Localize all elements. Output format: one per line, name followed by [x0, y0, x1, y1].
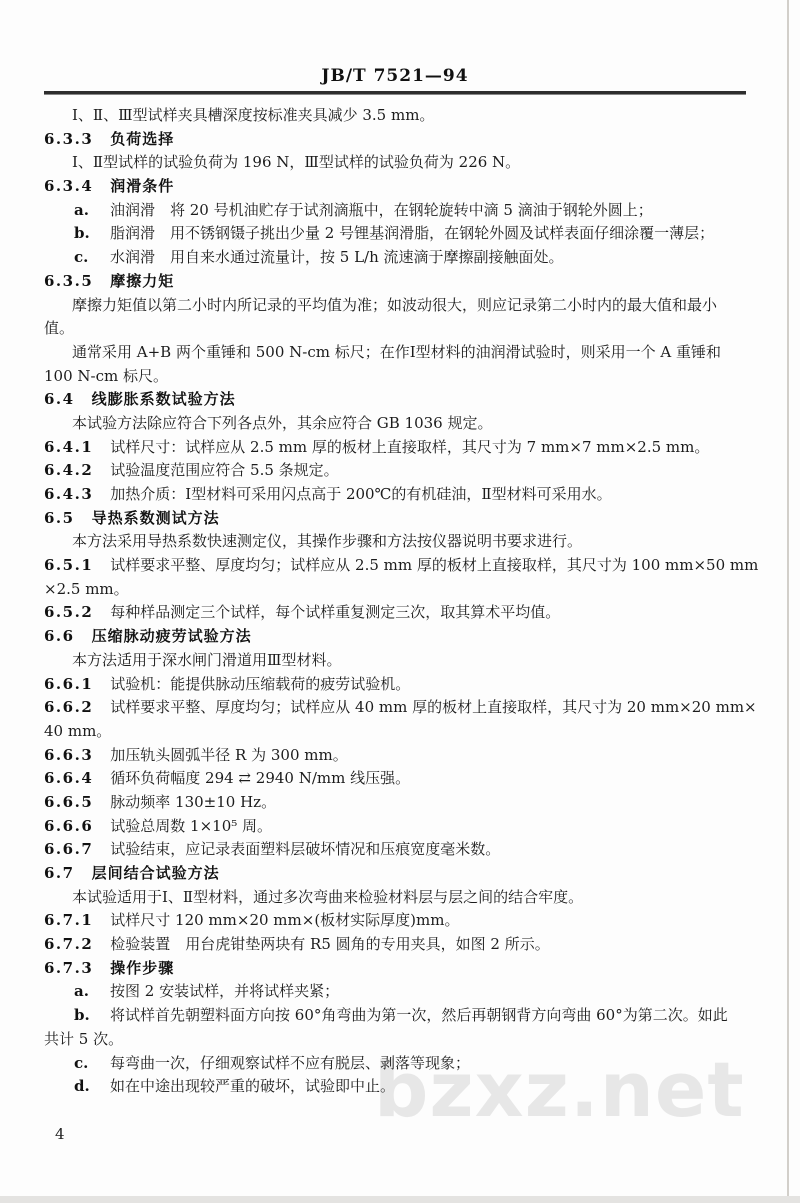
clause-number: 6.3.4 — [44, 177, 93, 195]
doc-line-para: 摩擦力矩值以第二小时内所记录的平均值为准；如波动很大，则应记录第二小时内的最大值… — [44, 294, 764, 318]
clause-number: 6.7.1 — [44, 911, 93, 929]
line-text: 按图 2 安装试样，并将试样夹紧； — [110, 982, 339, 1000]
doc-line-para: 本方法采用导热系数快速测定仪，其操作步骤和方法按仪器说明书要求进行。 — [44, 530, 764, 554]
doc-line-section: 6.3.3负荷选择 — [44, 128, 764, 152]
clause-number: 6.7.3 — [44, 959, 93, 977]
doc-line-cont: 100 N-cm 标尺。 — [44, 365, 764, 389]
line-text: 本方法适用于深水闸门滑道用Ⅲ型材料。 — [72, 651, 341, 669]
doc-line-section: 6.7.3操作步骤 — [44, 957, 764, 981]
line-text: Ⅰ、Ⅱ型试样的试验负荷为 196 N，Ⅲ型试样的试验负荷为 226 N。 — [72, 153, 520, 171]
line-text: 操作步骤 — [110, 959, 174, 977]
doc-line-bodynum: 6.6.5脉动频率 130±10 Hz。 — [44, 791, 764, 815]
doc-line-para: Ⅰ、Ⅱ、Ⅲ型试样夹具槽深度按标准夹具减少 3.5 mm。 — [44, 104, 764, 128]
doc-line-bodynum: 6.4.3加热介质：Ⅰ型材料可采用闪点高于 200℃的有机硅油，Ⅱ型材料可采用水… — [44, 483, 764, 507]
doc-line-para: 本试验适用于Ⅰ、Ⅱ型材料，通过多次弯曲来检验材料层与层之间的结合牢度。 — [44, 886, 764, 910]
clause-number: 6.4.2 — [44, 461, 93, 479]
line-text: 循环负荷幅度 294 ⇄ 2940 N/mm 线压强。 — [110, 769, 410, 787]
doc-line-bodynum: 6.6.3加压轨头圆弧半径 R 为 300 mm。 — [44, 744, 764, 768]
line-text: 层间结合试验方法 — [92, 864, 220, 882]
page-edge-line — [787, 0, 789, 1197]
list-item-label: c. — [74, 1052, 110, 1076]
line-text: 脉动频率 130±10 Hz。 — [110, 793, 276, 811]
clause-number: 6.5.1 — [44, 556, 93, 574]
doc-line-bodynum: 6.6.1试验机：能提供脉动压缩载荷的疲劳试验机。 — [44, 673, 764, 697]
line-text: 100 N-cm 标尺。 — [44, 367, 168, 385]
line-text: 试样要求平整、厚度均匀；试样应从 2.5 mm 厚的板材上直接取样，其尺寸为 1… — [110, 556, 758, 574]
list-item-label: b. — [74, 1004, 110, 1028]
list-item-label: d. — [74, 1075, 110, 1099]
doc-line-para: Ⅰ、Ⅱ型试样的试验负荷为 196 N，Ⅲ型试样的试验负荷为 226 N。 — [44, 151, 764, 175]
standard-number: JB/T 7521—94 — [44, 66, 746, 86]
line-text: 值。 — [44, 319, 74, 337]
line-text: 本方法采用导热系数快速测定仪，其操作步骤和方法按仪器说明书要求进行。 — [72, 532, 582, 550]
clause-number: 6.6.2 — [44, 698, 93, 716]
scanned-page: bzxz.net JB/T 7521—94 Ⅰ、Ⅱ、Ⅲ型试样夹具槽深度按标准夹具… — [0, 0, 800, 1203]
line-text: 将试样首先朝塑料面方向按 60°角弯曲为第一次，然后再朝钢背方向弯曲 60°为第… — [110, 1006, 728, 1024]
line-text: 加压轨头圆弧半径 R 为 300 mm。 — [110, 746, 347, 764]
doc-line-section: 6.7层间结合试验方法 — [44, 862, 764, 886]
line-text: 检验装置 用台虎钳垫两块有 R5 圆角的专用夹具，如图 2 所示。 — [110, 935, 549, 953]
line-text: 试验温度范围应符合 5.5 条规定。 — [110, 461, 338, 479]
line-text: 本试验适用于Ⅰ、Ⅱ型材料，通过多次弯曲来检验材料层与层之间的结合牢度。 — [72, 888, 583, 906]
list-item-label: c. — [74, 246, 110, 270]
doc-line-item: b.将试样首先朝塑料面方向按 60°角弯曲为第一次，然后再朝钢背方向弯曲 60°… — [44, 1004, 764, 1028]
doc-line-bodynum: 6.7.2检验装置 用台虎钳垫两块有 R5 圆角的专用夹具，如图 2 所示。 — [44, 933, 764, 957]
list-item-label: a. — [74, 980, 110, 1004]
doc-line-section: 6.4线膨胀系数试验方法 — [44, 388, 764, 412]
doc-line-bodynum: 6.4.2试验温度范围应符合 5.5 条规定。 — [44, 459, 764, 483]
doc-line-cont: ×2.5 mm。 — [44, 578, 764, 602]
clause-number: 6.4.3 — [44, 485, 93, 503]
line-text: 试样要求平整、厚度均匀；试样应从 40 mm 厚的板材上直接取样，其尺寸为 20… — [110, 698, 756, 716]
clause-number: 6.6.6 — [44, 817, 93, 835]
clause-number: 6.5 — [44, 509, 75, 527]
clause-number: 6.7.2 — [44, 935, 93, 953]
clause-number: 6.6.3 — [44, 746, 93, 764]
doc-line-item: c.每弯曲一次，仔细观察试样不应有脱层、剥落等现象； — [44, 1052, 764, 1076]
line-text: 试样尺寸：试样应从 2.5 mm 厚的板材上直接取样，其尺寸为 7 mm×7 m… — [110, 438, 709, 456]
line-text: 油润滑 将 20 号机油贮存于试剂滴瓶中，在钢轮旋转中滴 5 滴油于钢轮外圆上； — [110, 201, 653, 219]
line-text: 共计 5 次。 — [44, 1030, 123, 1048]
line-text: 试验总周数 1×10⁵ 周。 — [110, 817, 272, 835]
list-item-label: a. — [74, 199, 110, 223]
line-text: ×2.5 mm。 — [44, 580, 129, 598]
doc-line-para: 本试验方法除应符合下列各点外，其余应符合 GB 1036 规定。 — [44, 412, 764, 436]
doc-line-item: d.如在中途出现较严重的破坏，试验即中止。 — [44, 1075, 764, 1099]
clause-number: 6.6.4 — [44, 769, 93, 787]
clause-number: 6.3.3 — [44, 130, 93, 148]
clause-number: 6.6 — [44, 627, 75, 645]
doc-line-item: a.油润滑 将 20 号机油贮存于试剂滴瓶中，在钢轮旋转中滴 5 滴油于钢轮外圆… — [44, 199, 764, 223]
doc-line-bodynum: 6.4.1试样尺寸：试样应从 2.5 mm 厚的板材上直接取样，其尺寸为 7 m… — [44, 436, 764, 460]
doc-line-para: 本方法适用于深水闸门滑道用Ⅲ型材料。 — [44, 649, 764, 673]
doc-line-cont: 值。 — [44, 317, 764, 341]
line-text: 水润滑 用自来水通过流量计，按 5 L/h 流速滴于摩擦副接触面处。 — [110, 248, 564, 266]
doc-line-section: 6.6压缩脉动疲劳试验方法 — [44, 625, 764, 649]
clause-number: 6.6.5 — [44, 793, 93, 811]
clause-number: 6.6.7 — [44, 840, 93, 858]
line-text: 导热系数测试方法 — [92, 509, 220, 527]
doc-line-cont: 共计 5 次。 — [44, 1028, 764, 1052]
line-text: 40 mm。 — [44, 722, 111, 740]
doc-line-para: 通常采用 A+B 两个重锤和 500 N-cm 标尺；在作Ⅰ型材料的油润滑试验时… — [44, 341, 764, 365]
line-text: 如在中途出现较严重的破坏，试验即中止。 — [110, 1077, 395, 1095]
line-text: Ⅰ、Ⅱ、Ⅲ型试样夹具槽深度按标准夹具减少 3.5 mm。 — [72, 106, 434, 124]
doc-line-bodynum: 6.6.4循环负荷幅度 294 ⇄ 2940 N/mm 线压强。 — [44, 767, 764, 791]
line-text: 线膨胀系数试验方法 — [92, 390, 236, 408]
doc-line-section: 6.3.5摩擦力矩 — [44, 270, 764, 294]
clause-number: 6.4.1 — [44, 438, 93, 456]
doc-line-section: 6.3.4润滑条件 — [44, 175, 764, 199]
scan-bottom-edge — [0, 1196, 800, 1203]
line-text: 摩擦力矩值以第二小时内所记录的平均值为准；如波动很大，则应记录第二小时内的最大值… — [72, 296, 717, 314]
clause-number: 6.6.1 — [44, 675, 93, 693]
doc-line-cont: 40 mm。 — [44, 720, 764, 744]
line-text: 摩擦力矩 — [110, 272, 174, 290]
page-number: 4 — [55, 1125, 65, 1143]
doc-line-item: c.水润滑 用自来水通过流量计，按 5 L/h 流速滴于摩擦副接触面处。 — [44, 246, 764, 270]
clause-number: 6.4 — [44, 390, 75, 408]
line-text: 加热介质：Ⅰ型材料可采用闪点高于 200℃的有机硅油，Ⅱ型材料可采用水。 — [110, 485, 611, 503]
document-body: Ⅰ、Ⅱ、Ⅲ型试样夹具槽深度按标准夹具减少 3.5 mm。6.3.3负荷选择Ⅰ、Ⅱ… — [44, 104, 764, 1099]
doc-line-section: 6.5导热系数测试方法 — [44, 507, 764, 531]
clause-number: 6.3.5 — [44, 272, 93, 290]
line-text: 润滑条件 — [110, 177, 174, 195]
clause-number: 6.5.2 — [44, 603, 93, 621]
header-rule — [44, 91, 746, 95]
doc-line-bodynum: 6.6.7试验结束，应记录表面塑料层破坏情况和压痕宽度毫米数。 — [44, 838, 764, 862]
doc-line-bodynum: 6.5.2每种样品测定三个试样，每个试样重复测定三次，取其算术平均值。 — [44, 601, 764, 625]
line-text: 压缩脉动疲劳试验方法 — [92, 627, 252, 645]
line-text: 试样尺寸 120 mm×20 mm×(板材实际厚度)mm。 — [110, 911, 459, 929]
doc-line-item: b.脂润滑 用不锈钢镊子挑出少量 2 号锂基润滑脂，在钢轮外圆及试样表面仔细涂覆… — [44, 222, 764, 246]
doc-line-bodynum: 6.6.2试样要求平整、厚度均匀；试样应从 40 mm 厚的板材上直接取样，其尺… — [44, 696, 764, 720]
doc-line-bodynum: 6.7.1试样尺寸 120 mm×20 mm×(板材实际厚度)mm。 — [44, 909, 764, 933]
line-text: 试验结束，应记录表面塑料层破坏情况和压痕宽度毫米数。 — [110, 840, 500, 858]
line-text: 试验机：能提供脉动压缩载荷的疲劳试验机。 — [110, 675, 410, 693]
line-text: 每弯曲一次，仔细观察试样不应有脱层、剥落等现象； — [110, 1054, 470, 1072]
line-text: 脂润滑 用不锈钢镊子挑出少量 2 号锂基润滑脂，在钢轮外圆及试样表面仔细涂覆一薄… — [110, 224, 714, 242]
clause-number: 6.7 — [44, 864, 75, 882]
doc-line-bodynum: 6.5.1试样要求平整、厚度均匀；试样应从 2.5 mm 厚的板材上直接取样，其… — [44, 554, 764, 578]
line-text: 通常采用 A+B 两个重锤和 500 N-cm 标尺；在作Ⅰ型材料的油润滑试验时… — [72, 343, 721, 361]
line-text: 每种样品测定三个试样，每个试样重复测定三次，取其算术平均值。 — [110, 603, 560, 621]
doc-line-bodynum: 6.6.6试验总周数 1×10⁵ 周。 — [44, 815, 764, 839]
line-text: 负荷选择 — [110, 130, 174, 148]
doc-line-item: a.按图 2 安装试样，并将试样夹紧； — [44, 980, 764, 1004]
line-text: 本试验方法除应符合下列各点外，其余应符合 GB 1036 规定。 — [72, 414, 493, 432]
list-item-label: b. — [74, 222, 110, 246]
